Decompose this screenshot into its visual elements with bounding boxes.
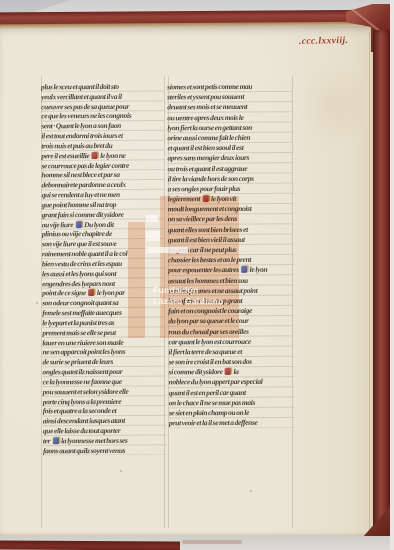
text-line: ou trois et quant il est aggraue xyxy=(168,163,293,174)
text-line: son odeur congnoit quant sa xyxy=(42,298,165,308)
text-line: ne sen apparcoit point les lyons xyxy=(42,347,165,357)
text-line: qui se rendent a luy et ne men xyxy=(42,190,165,200)
text-line: faons auant quilz soyent venus xyxy=(43,445,166,455)
text-line: ou uentre apres deux mois le xyxy=(167,112,292,123)
text-line: bien vestu de crins et les espau xyxy=(42,259,165,269)
text-line: ce que les veneurs ne les congnois xyxy=(41,111,164,121)
text-line: si comme dit ysidore la xyxy=(169,367,294,378)
manuscript-page-photo: .ccc.lxxviij. plus le sceu et quant il d… xyxy=(0,0,394,550)
text-line: fois et quatre a la seconde et xyxy=(43,406,166,416)
text-line: debonnairete pardonne a ceulx xyxy=(42,180,165,190)
text-line: point de ce signe le lyon par xyxy=(42,288,165,298)
watermark-block-left xyxy=(128,222,145,338)
text-line: porte cinq lyons a la premiere xyxy=(43,396,166,406)
watermark-text-line2: Lázaro Galdiano xyxy=(153,296,224,306)
text-line: lyon fiert la ourse en gettant son xyxy=(167,122,292,133)
text-line: plus le sceu et quant il doit sto xyxy=(41,82,164,92)
text-line: homme sil nest blece et par sa xyxy=(41,170,164,180)
paraph-mark xyxy=(92,152,98,159)
text-line: cueuvre ses pas de sa queue pour xyxy=(41,101,164,111)
text-line: il tire la viande hors de son corps xyxy=(168,173,293,184)
text-line: se son ire croist il en bat son dos xyxy=(169,357,294,368)
text-line: a ses ongles pour fouir plus xyxy=(168,184,293,195)
paraph-mark xyxy=(76,221,82,228)
text-line: lauer en une riuiere son masle xyxy=(42,337,165,347)
binding-leather-bottom xyxy=(0,541,180,550)
text-line: pou souuent et selon ysidore elle xyxy=(43,386,166,396)
text-line: ainsi descendant iusques atant xyxy=(43,416,166,426)
paraph-mark xyxy=(241,266,247,273)
text-line: pere il est esueillie le lyon ne xyxy=(41,150,164,160)
watermark-block xyxy=(160,196,239,338)
watermark-text-line1: Fundación xyxy=(153,285,199,295)
text-line: yeulx vercillant et quant il va il xyxy=(41,92,164,102)
text-line: ter la lyonnesse met hors ses xyxy=(43,435,166,445)
text-line: de surie se priuent de leurs xyxy=(42,357,165,367)
photo-background-right xyxy=(390,0,394,550)
text-line: steriles et yssent pou souuent xyxy=(167,92,292,103)
text-line: peut veoir et la il se met a deffense xyxy=(169,418,294,429)
text-line: prement mais se elle se peut xyxy=(42,327,165,337)
text-line: siomes et sont petis comme mau xyxy=(167,82,292,93)
text-line: orine aussi comme fait le chien xyxy=(167,133,292,144)
text-line: il fiert la terre de sa queue et xyxy=(168,347,293,358)
ink-speck xyxy=(120,470,122,472)
text-line: se courrouce pas de legier contre xyxy=(41,160,164,170)
text-line: deuant ses mois et se meuuent xyxy=(167,102,292,113)
text-line: il est tout endormi trois iours et xyxy=(41,131,164,141)
binding-leather-right xyxy=(373,30,391,540)
ink-speck xyxy=(250,490,252,492)
paraph-mark xyxy=(225,368,231,375)
text-line: se siet en plain champ ou on le xyxy=(169,408,294,419)
paraph-mark xyxy=(88,289,94,296)
binding-smudge xyxy=(182,540,242,544)
text-line: apres sans mengier deux iours xyxy=(167,153,292,164)
text-line: ce la lyonnesse ne faonne que xyxy=(43,377,166,387)
text-line: noblece du lyon appert par especial xyxy=(169,377,294,388)
text-line: femele sest meffaite auecques xyxy=(42,308,165,318)
text-line: le lyepart et la punist tres as xyxy=(42,318,165,328)
text-line: engendres des lyepars nont xyxy=(42,278,165,288)
text-line: ongles quant ilz naissent pour xyxy=(43,367,166,377)
watermark-white-bar xyxy=(146,215,158,222)
text-line: sent · Quant le lyon a son faon xyxy=(41,121,164,131)
text-line: les aussi et les lyons qui sont xyxy=(42,268,165,278)
text-line: que elle laisse du tout aporter xyxy=(43,426,166,436)
text-line: et quant il est bien saoul il est xyxy=(167,143,292,154)
ink-speck xyxy=(36,302,38,304)
parchment-stain xyxy=(300,60,370,150)
watermark-white-bar xyxy=(146,247,188,253)
paraph-mark xyxy=(53,437,59,444)
page-stack-edge xyxy=(369,32,370,532)
watermark-white-bar xyxy=(146,231,160,241)
text-line: gue point homme sil na trop xyxy=(42,200,165,210)
text-line: on le chace il ne se mue pas mais xyxy=(169,397,294,408)
text-column-left: plus le sceu et quant il doit stoyeulx v… xyxy=(41,82,166,456)
text-line: trois nuis et puis au bret du xyxy=(41,141,164,151)
text-line: quant il est en peril car quant xyxy=(169,387,294,398)
